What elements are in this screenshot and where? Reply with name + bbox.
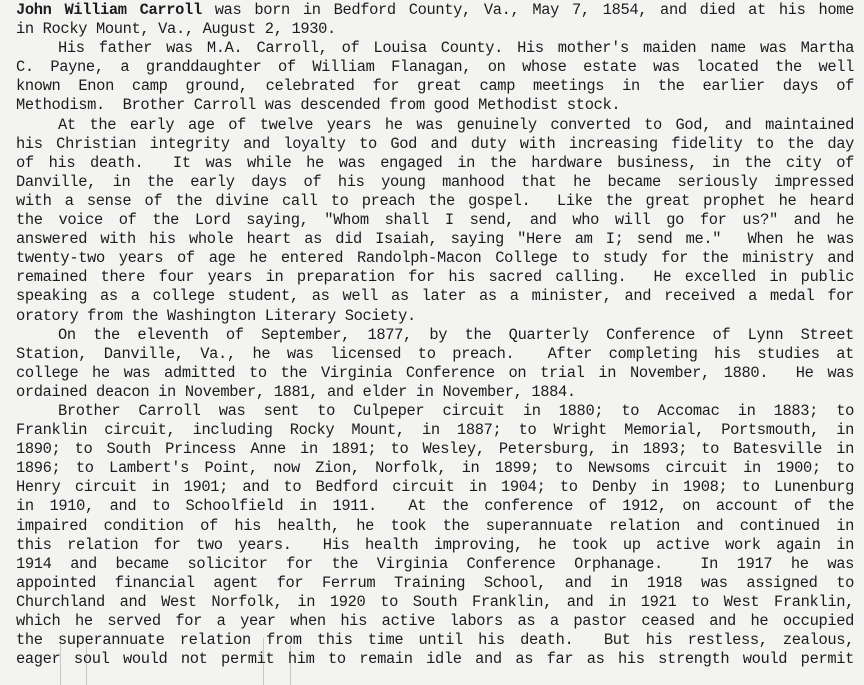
text-line: eager soul would not permit him to remai… (16, 650, 854, 669)
text-line: Danville, in the early days of his young… (16, 173, 854, 192)
text-line: in Rocky Mount, Va., August 2, 1930. (16, 20, 854, 39)
text-line: Franklin circuit, including Rocky Mount,… (16, 421, 854, 440)
show-through-line (60, 640, 61, 685)
text-line: which he served for a year when his acti… (16, 612, 854, 631)
text-line: Churchland and West Norfolk, in 1920 to … (16, 593, 854, 612)
text-line-content: the superannuate relation from this time… (16, 631, 854, 649)
scanned-page: John William Carroll was born in Bedford… (0, 0, 864, 685)
text-line-content: remained there four years in preparation… (16, 268, 854, 286)
text-line-content: this relation for two years. His health … (16, 536, 854, 554)
show-through-line (86, 645, 87, 685)
text-line-content: his Christian integrity and loyalty to G… (16, 135, 854, 153)
text-line-content: was born in Bedford County, Va., May 7, … (202, 1, 854, 19)
text-line: 1914 and became solicitor for the Virgin… (16, 555, 854, 574)
text-line-content: Churchland and West Norfolk, in 1920 to … (16, 593, 854, 611)
text-line: remained there four years in preparation… (16, 268, 854, 287)
text-line-content: Brother Carroll was sent to Culpeper cir… (58, 402, 854, 420)
text-line-content: twenty-two years of age he entered Rando… (16, 249, 854, 267)
text-line: 1896; to Lambert's Point, now Zion, Norf… (16, 459, 854, 478)
text-line-content: in Rocky Mount, Va., August 2, 1930. (16, 20, 336, 38)
text-line: speaking as a college student, as well a… (16, 287, 854, 306)
text-line: His father was M.A. Carroll, of Louisa C… (16, 39, 854, 58)
text-line: impaired condition of his health, he too… (16, 517, 854, 536)
text-line: John William Carroll was born in Bedford… (16, 1, 854, 20)
text-line-content: answered with his whole heart as did Isa… (16, 230, 854, 248)
text-line: known Enon camp ground, celebrated for g… (16, 77, 854, 96)
text-line: with a sense of the divine call to preac… (16, 192, 854, 211)
text-line-content: oratory from the Washington Literary Soc… (16, 307, 416, 325)
text-line: twenty-two years of age he entered Rando… (16, 249, 854, 268)
text-line-content: Henry circuit in 1901; and to Bedford ci… (16, 478, 854, 496)
text-line-content: 1890; to South Princess Anne in 1891; to… (16, 440, 854, 458)
text-line: 1890; to South Princess Anne in 1891; to… (16, 440, 854, 459)
text-line-content: Station, Danville, Va., he was licensed … (16, 345, 854, 363)
text-line-content: His father was M.A. Carroll, of Louisa C… (58, 39, 854, 57)
text-line: answered with his whole heart as did Isa… (16, 230, 854, 249)
text-line: college he was admitted to the Virginia … (16, 364, 854, 383)
text-line: oratory from the Washington Literary Soc… (16, 307, 854, 326)
text-line-content: known Enon camp ground, celebrated for g… (16, 77, 854, 95)
text-line-content: At the early age of twelve years he was … (58, 116, 854, 134)
text-line: Henry circuit in 1901; and to Bedford ci… (16, 478, 854, 497)
text-line-content: impaired condition of his health, he too… (16, 517, 854, 535)
text-line: At the early age of twelve years he was … (16, 116, 854, 135)
text-line: Methodism. Brother Carroll was descended… (16, 96, 854, 115)
text-line-content: which he served for a year when his acti… (16, 612, 854, 630)
text-line-content: in 1910, and to Schoolfield in 1911. At … (16, 497, 854, 515)
show-through-line (290, 645, 291, 685)
text-line: appointed financial agent for Ferrum Tra… (16, 574, 854, 593)
text-line: C. Payne, a granddaughter of William Fla… (16, 58, 854, 77)
text-line-content: eager soul would not permit him to remai… (16, 650, 854, 668)
text-line-content: Methodism. Brother Carroll was descended… (16, 96, 620, 114)
text-line-content: ordained deacon in November, 1881, and e… (16, 383, 576, 401)
text-line: ordained deacon in November, 1881, and e… (16, 383, 854, 402)
text-line-content: 1896; to Lambert's Point, now Zion, Norf… (16, 459, 854, 477)
text-line: the superannuate relation from this time… (16, 631, 854, 650)
text-line-content: C. Payne, a granddaughter of William Fla… (16, 58, 854, 76)
text-line: this relation for two years. His health … (16, 536, 854, 555)
text-line: On the eleventh of September, 1877, by t… (16, 326, 854, 345)
subject-name: John William Carroll (16, 1, 202, 19)
text-line-content: On the eleventh of September, 1877, by t… (58, 326, 854, 344)
text-line-content: college he was admitted to the Virginia … (16, 364, 854, 382)
text-line: in 1910, and to Schoolfield in 1911. At … (16, 497, 854, 516)
text-line-content: of his death. It was while he was engage… (16, 154, 854, 172)
text-line-content: the voice of the Lord saying, "Whom shal… (16, 211, 854, 229)
text-line-content: appointed financial agent for Ferrum Tra… (16, 574, 854, 592)
text-line: his Christian integrity and loyalty to G… (16, 135, 854, 154)
text-line-content: with a sense of the divine call to preac… (16, 192, 854, 210)
text-line-content: 1914 and became solicitor for the Virgin… (16, 555, 854, 573)
text-line: Station, Danville, Va., he was licensed … (16, 345, 854, 364)
text-line: of his death. It was while he was engage… (16, 154, 854, 173)
text-line: the voice of the Lord saying, "Whom shal… (16, 211, 854, 230)
text-line-content: Franklin circuit, including Rocky Mount,… (16, 421, 854, 439)
show-through-line (263, 638, 264, 685)
text-line: Brother Carroll was sent to Culpeper cir… (16, 402, 854, 421)
text-line-content: speaking as a college student, as well a… (16, 287, 854, 305)
obituary-text: John William Carroll was born in Bedford… (16, 1, 854, 669)
text-line-content: Danville, in the early days of his young… (16, 173, 854, 191)
